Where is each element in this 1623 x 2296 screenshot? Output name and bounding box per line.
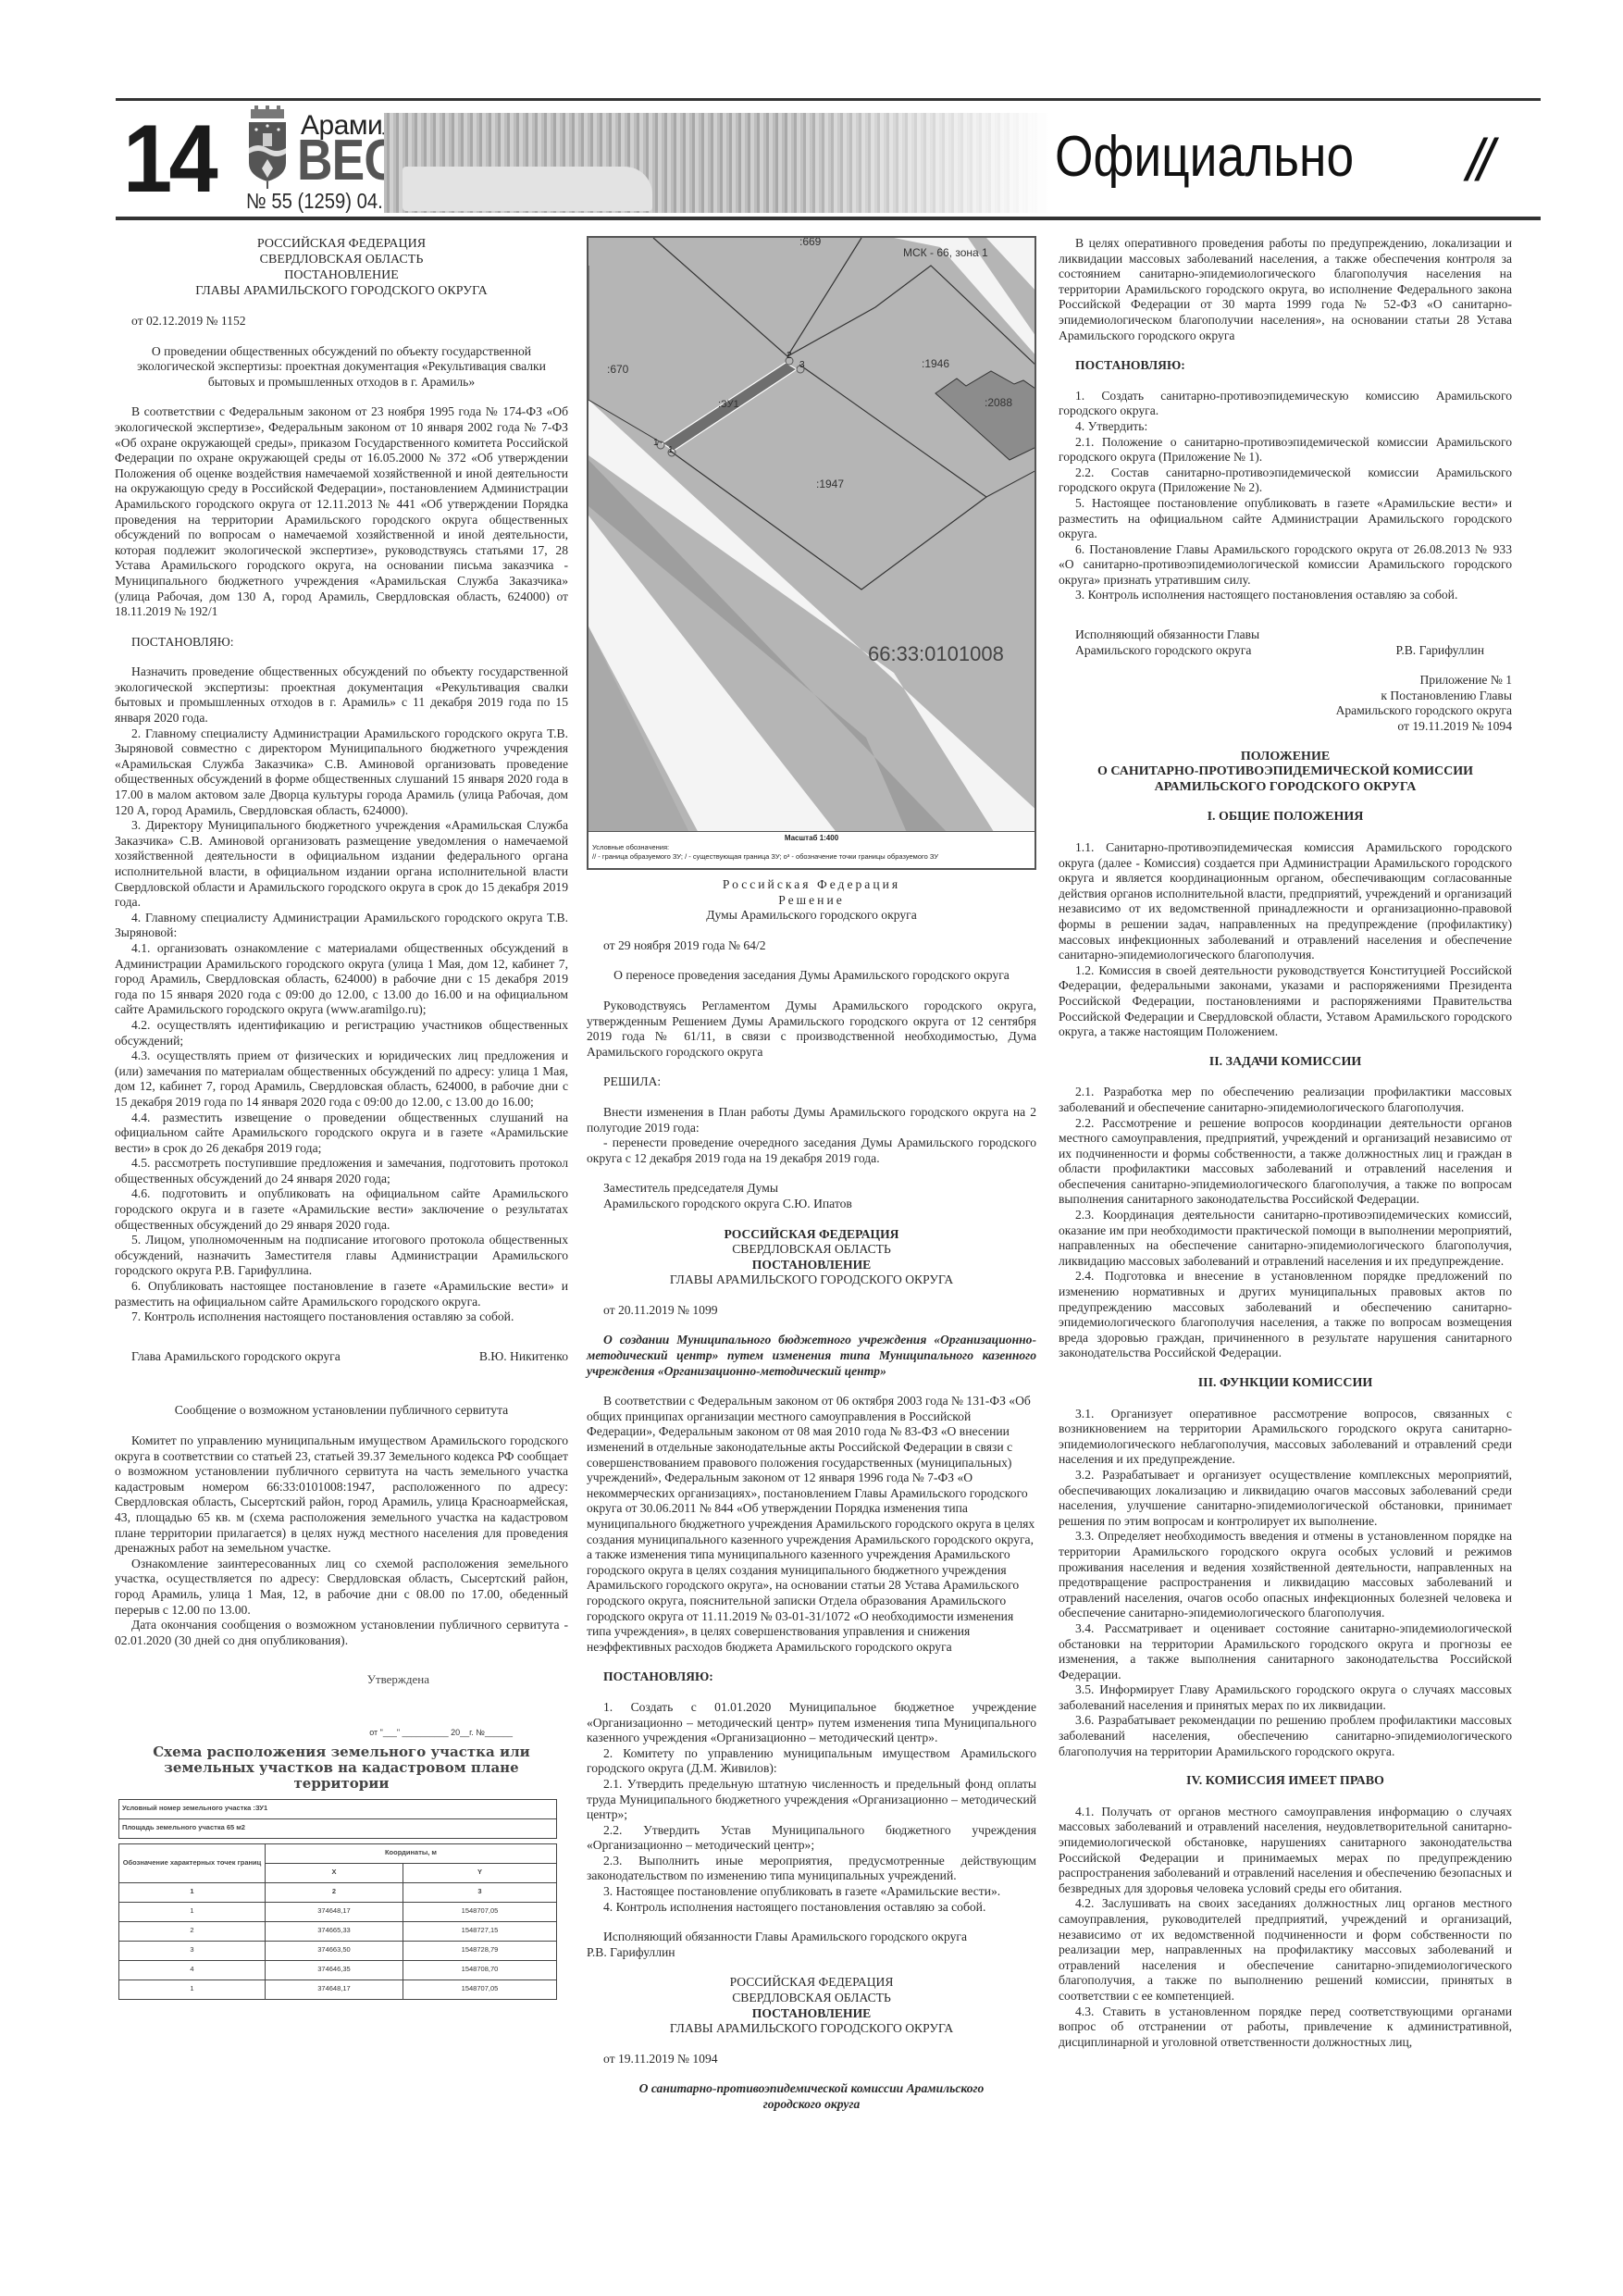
decree-title: О создании Муниципального бюджетного учр… (587, 1333, 1036, 1379)
decree-1099: РОССИЙСКАЯ ФЕДЕРАЦИЯ СВЕРДЛОВСКАЯ ОБЛАСТ… (587, 1227, 1036, 1961)
col-number: 1 (119, 1882, 266, 1902)
scheme-meta-table: Условный номер земельного участка :ЗУ1 П… (118, 1799, 557, 1839)
notice-paragraph: Комитет по управлению муниципальным имущ… (115, 1433, 568, 1557)
appendix-reference: Приложение № 1 к Постановлению Главы Ара… (1059, 673, 1512, 734)
decree-header-line: СВЕРДЛОВСКАЯ ОБЛАСТЬ (587, 1242, 1036, 1258)
decree-item: 3. Контроль исполнения настоящего постан… (1059, 588, 1512, 603)
col-header-points: Обозначение характерных точек границ (119, 1843, 266, 1882)
section-heading: I. ОБЩИЕ ПОЛОЖЕНИЯ (1059, 810, 1512, 825)
section-item: 1.1. Санитарно-противоэпидемическая коми… (1059, 840, 1512, 963)
table-row: 1 2 3 (119, 1882, 557, 1902)
decision-header-line: Российская Федерация (587, 877, 1036, 893)
map-point-label: 3 (799, 358, 805, 374)
cadastral-map-drawing (588, 238, 1036, 835)
section-item: 4.1. Получать от органов местного самоуп… (1059, 1805, 1512, 1897)
decree-header-line: РОССИЙСКАЯ ФЕДЕРАЦИЯ (587, 1227, 1036, 1243)
notice-paragraph: Дата окончания сообщения о возможном уст… (115, 1618, 568, 1648)
section-item: 2.3. Координация деятельности санитарно-… (1059, 1208, 1512, 1269)
section-item: 4.3. Ставить в установленном порядке пер… (1059, 2004, 1512, 2051)
photo-river-shape (403, 167, 652, 211)
decision-item: Внести изменения в План работы Думы Арам… (587, 1105, 1036, 1136)
decision-title: О переносе проведения заседания Думы Ара… (587, 968, 1036, 984)
y-cell: 1548707,05 (403, 1980, 556, 1999)
decision-signature: Арамильского городского округа С.Ю. Ипат… (587, 1197, 1036, 1212)
decree-item: 2.1. Положение о санитарно-противоэпидем… (1059, 435, 1512, 465)
notice-title: Сообщение о возможном установлении публи… (115, 1403, 568, 1419)
decree-1152: РОССИЙСКАЯ ФЕДЕРАЦИЯ СВЕРДЛОВСКАЯ ОБЛАСТ… (115, 236, 568, 1364)
decree-item: 4.2. осуществлять идентификацию и регист… (115, 1018, 568, 1049)
y-cell: 1548708,70 (403, 1960, 556, 1980)
point-cell: 1 (119, 1980, 266, 1999)
section-slash-mark: // (1467, 128, 1489, 192)
decree-date-number: от 19.11.2019 № 1094 (587, 2052, 1036, 2067)
decree-item: 3. Директору Муниципального бюджетного у… (115, 818, 568, 911)
map-point-label: 1 (668, 443, 674, 459)
decree-header-line: ГЛАВЫ АРАМИЛЬСКОГО ГОРОДСКОГО ОКРУГА (587, 2021, 1036, 2037)
masthead-top-rule (116, 98, 1541, 101)
map-label-1947: :1947 (816, 477, 844, 492)
decision-item: - перенести проведение очередного заседа… (587, 1136, 1036, 1166)
decree-item: 2.3. Выполнить иные мероприятия, предусм… (587, 1854, 1036, 1884)
section-item: 3.6. Разрабатывает рекомендации по решен… (1059, 1713, 1512, 1759)
appendix-line: от 19.11.2019 № 1094 (1059, 719, 1512, 735)
decree-date-number: от 20.11.2019 № 1099 (587, 1303, 1036, 1319)
decree-signature: Арамильского городского округа Р.В. Гари… (1059, 643, 1512, 659)
plot-area-cell: Площадь земельного участка 65 м2 (119, 1818, 557, 1838)
decree-header-line: ГЛАВЫ АРАМИЛЬСКОГО ГОРОДСКОГО ОКРУГА (587, 1272, 1036, 1288)
decree-item: 4.1. организовать ознакомление с материа… (115, 941, 568, 1018)
cadastral-map: :669 МСК - 66, зона 1 :670 :1946 :2088 :… (587, 236, 1036, 870)
section-item: 3.1. Организует оперативное рассмотрение… (1059, 1407, 1512, 1468)
header-line: ПОСТАНОВЛЕНИЕ (115, 267, 568, 283)
x-cell: 374663,50 (266, 1941, 403, 1960)
decision-header-line: Думы Арамильского городского округа (587, 908, 1036, 924)
section-item: 3.4. Рассматривает и оценивает состояние… (1059, 1621, 1512, 1682)
decree-signature: Глава Арамильского городского округа В.Ю… (115, 1349, 568, 1365)
point-cell: 4 (119, 1960, 266, 1980)
table-row: 3374663,501548728,79 (119, 1941, 557, 1960)
decree-item: 4. Главному специалисту Администрации Ар… (115, 911, 568, 941)
legend-text: // - граница образуемого ЗУ; / - существ… (592, 852, 1031, 862)
duma-decision-64-2: Российская Федерация Решение Думы Арамил… (587, 877, 1036, 1212)
decree-signature-role: Исполняющий обязанности Главы Арамильско… (587, 1930, 1036, 1945)
decree-item: 2.2. Утвердить Устав Муниципального бюдж… (587, 1823, 1036, 1854)
decree-preamble: В целях оперативного проведения работы п… (1059, 236, 1512, 343)
table-row: 2374665,331548727,15 (119, 1921, 557, 1941)
signature-name: В.Ю. Никитенко (479, 1349, 568, 1365)
table-row: 4374646,351548708,70 (119, 1960, 557, 1980)
signature-role: Арамильского городского округа (1075, 643, 1251, 659)
decree-item: 2. Комитету по управлению муниципальным … (587, 1746, 1036, 1777)
point-cell: 3 (119, 1941, 266, 1960)
scheme-title: Схема расположения земельного участка ил… (115, 1744, 568, 1792)
servitude-notice: Сообщение о возможном установлении публи… (115, 1403, 568, 1648)
map-zone-label: МСК - 66, зона 1 (903, 245, 988, 261)
x-cell: 374665,33 (266, 1921, 403, 1941)
col-number: 3 (403, 1882, 556, 1902)
section-heading: III. ФУНКЦИИ КОМИССИИ (1059, 1376, 1512, 1392)
decree-resolve: ПОСТАНОВЛЯЮ: (1059, 358, 1512, 374)
decision-preamble: Руководствуясь Регламентом Думы Арамильс… (587, 999, 1036, 1060)
header-line: ГЛАВЫ АРАМИЛЬСКОГО ГОРОДСКОГО ОКРУГА (115, 283, 568, 299)
decree-item: 5. Лицом, уполномоченным на подписание и… (115, 1233, 568, 1279)
decree-item: 6. Постановление Главы Арамильского горо… (1059, 542, 1512, 589)
map-label-2088: :2088 (985, 395, 1012, 411)
section-item: 3.5. Информирует Главу Арамильского горо… (1059, 1682, 1512, 1713)
table-row: 1374648,171548707,05 (119, 1980, 557, 1999)
decree-resolve: ПОСТАНОВЛЯЮ: (115, 635, 568, 651)
header-line: РОССИЙСКАЯ ФЕДЕРАЦИЯ (115, 236, 568, 252)
map-label-669: :669 (799, 236, 821, 250)
decision-date-number: от 29 ноября 2019 года № 64/2 (587, 938, 1036, 954)
point-cell: 1 (119, 1902, 266, 1921)
decree-title: О санитарно-противоэпидемической комисси… (587, 2081, 1036, 2112)
decree-header: РОССИЙСКАЯ ФЕДЕРАЦИЯ СВЕРДЛОВСКАЯ ОБЛАСТ… (115, 236, 568, 299)
decree-item: 3. Настоящее постановление опубликовать … (587, 1884, 1036, 1900)
legend-title: Условные обозначения: (592, 843, 1031, 852)
decree-item: Назначить проведение общественных обсужд… (115, 664, 568, 726)
section-title: Официально (1055, 120, 1354, 194)
plot-number-cell: Условный номер земельного участка :ЗУ1 (119, 1799, 557, 1818)
decree-item: 7. Контроль исполнения настоящего постан… (115, 1309, 568, 1325)
regulation-title: ПОЛОЖЕНИЕ О САНИТАРНО-ПРОТИВОЭПИДЕМИЧЕСК… (1059, 750, 1512, 796)
column-2: :669 МСК - 66, зона 1 :670 :1946 :2088 :… (587, 236, 1036, 2113)
map-legend: Масштаб 1:400 Условные обозначения: // -… (588, 831, 1035, 868)
header-line: СВЕРДЛОВСКАЯ ОБЛАСТЬ (115, 252, 568, 267)
decree-item: 4.3. осуществлять прием от физических и … (115, 1049, 568, 1110)
land-plot-scheme: Утверждена от "___" __________ 20__г. №_… (115, 1672, 568, 1999)
x-cell: 374648,17 (266, 1902, 403, 1921)
appendix-line: Арамильского городского округа (1059, 703, 1512, 719)
regulation-title-line: АРАМИЛЬСКОГО ГОРОДСКОГО ОКРУГА (1059, 780, 1512, 796)
page-number: 14 (123, 113, 215, 205)
col-header-coords: Координаты, м (266, 1843, 557, 1863)
decree-item: 4.5. рассмотреть поступившие предложения… (115, 1156, 568, 1186)
signature-role: Глава Арамильского городского округа (131, 1349, 341, 1365)
section-item: 2.1. Разработка мер по обеспечению реали… (1059, 1085, 1512, 1115)
map-block-number: 66:33:0101008 (868, 647, 1004, 663)
decree-item: 1. Создать санитарно-противоэпидемическу… (1059, 389, 1512, 419)
decree-item: 4. Контроль исполнения настоящего постан… (587, 1900, 1036, 1916)
masthead-aerial-photo (384, 113, 1050, 213)
decree-item: 4.6. подготовить и опубликовать на офици… (115, 1186, 568, 1233)
notice-paragraph: Ознакомление заинтересованных лиц со схе… (115, 1557, 568, 1618)
col-header-y: Y (403, 1863, 556, 1882)
x-cell: 374646,35 (266, 1960, 403, 1980)
coat-of-arms-icon (245, 105, 290, 189)
decree-header-line: РОССИЙСКАЯ ФЕДЕРАЦИЯ (587, 1975, 1036, 1991)
coordinates-table: Обозначение характерных точек границ Коо… (118, 1843, 557, 2000)
section-item: 3.3. Определяет необходимость введения и… (1059, 1529, 1512, 1621)
scheme-approved-date: от "___" __________ 20__г. №______ (115, 1725, 568, 1741)
map-point-label: 2 (787, 349, 792, 365)
decree-preamble: В соответствии с Федеральным законом от … (115, 404, 568, 619)
point-cell: 2 (119, 1921, 266, 1941)
y-cell: 1548707,05 (403, 1902, 556, 1921)
y-cell: 1548727,15 (403, 1921, 556, 1941)
col-header-x: X (266, 1863, 403, 1882)
appendix-line: Приложение № 1 (1059, 673, 1512, 689)
decree-item: 2.2. Состав санитарно-противоэпидемическ… (1059, 465, 1512, 496)
decree-resolve: ПОСТАНОВЛЯЮ: (587, 1669, 1036, 1685)
section-item: 2.4. Подготовка и внесение в установленн… (1059, 1269, 1512, 1361)
map-point-label: 1 (653, 436, 659, 452)
column-1: РОССИЙСКАЯ ФЕДЕРАЦИЯ СВЕРДЛОВСКАЯ ОБЛАСТ… (115, 236, 568, 2000)
decision-resolve: РЕШИЛА: (587, 1074, 1036, 1090)
section-heading: II. ЗАДАЧИ КОМИССИИ (1059, 1055, 1512, 1071)
decree-item: 1. Создать с 01.01.2020 Муниципальное бю… (587, 1700, 1036, 1746)
map-scale: Масштаб 1:400 (592, 834, 1031, 843)
masthead: 14 Арамильские ВЕСТИ № 55 (1259) 04.12.2… (116, 93, 1541, 222)
scheme-approved-label: Утверждена (115, 1672, 568, 1688)
appendix-line: к Постановлению Главы (1059, 689, 1512, 704)
decree-item: 4. Утвердить: (1059, 419, 1512, 435)
decree-item: 5. Настоящее постановление опубликовать … (1059, 496, 1512, 542)
col-number: 2 (266, 1882, 403, 1902)
column-3: В целях оперативного проведения работы п… (1059, 236, 1512, 2050)
decree-title: О проведении общественных обсуждений по … (115, 344, 568, 391)
decree-signature-name: Р.В. Гарифуллин (587, 1945, 1036, 1961)
signature-role: Исполняющий обязанности Главы (1059, 627, 1512, 643)
masthead-bottom-rule (116, 217, 1541, 220)
decree-item: 6. Опубликовать настоящее постановление … (115, 1279, 568, 1309)
decree-header-line: ПОСТАНОВЛЕНИЕ (587, 1258, 1036, 1273)
map-label-670: :670 (607, 362, 628, 378)
decree-preamble: В соответствии с Федеральным законом от … (587, 1394, 1036, 1655)
decree-item: 4.4. разместить извещение о проведении о… (115, 1111, 568, 1157)
x-cell: 374648,17 (266, 1980, 403, 1999)
section-item: 1.2. Комиссия в своей деятельности руков… (1059, 963, 1512, 1040)
decree-1094-body: В целях оперативного проведения работы п… (1059, 236, 1512, 2050)
map-label-zu1: :ЗУ1 (718, 397, 739, 413)
decree-date-number: от 02.12.2019 № 1152 (115, 314, 568, 329)
y-cell: 1548728,79 (403, 1941, 556, 1960)
table-row: 1374648,171548707,05 (119, 1902, 557, 1921)
decree-header-line: ПОСТАНОВЛЕНИЕ (587, 2006, 1036, 2022)
decree-item: 2. Главному специалисту Администрации Ар… (115, 726, 568, 819)
map-label-1946: :1946 (922, 356, 949, 372)
decree-item: 2.1. Утвердить предельную штатную числен… (587, 1777, 1036, 1823)
decree-header-line: СВЕРДЛОВСКАЯ ОБЛАСТЬ (587, 1991, 1036, 2006)
decision-header-line: Решение (587, 893, 1036, 909)
section-item: 2.2. Рассмотрение и решение вопросов коо… (1059, 1116, 1512, 1209)
decree-1094-header: РОССИЙСКАЯ ФЕДЕРАЦИЯ СВЕРДЛОВСКАЯ ОБЛАСТ… (587, 1975, 1036, 2112)
section-heading: IV. КОМИССИЯ ИМЕЕТ ПРАВО (1059, 1774, 1512, 1790)
section-item: 3.2. Разрабатывает и организует осуществ… (1059, 1468, 1512, 1529)
section-item: 4.2. Заслушивать на своих заседаниях дол… (1059, 1896, 1512, 2004)
decision-signature: Заместитель председателя Думы (587, 1181, 1036, 1197)
signature-name: Р.В. Гарифуллин (1395, 643, 1484, 659)
regulation-title-line: ПОЛОЖЕНИЕ (1059, 750, 1512, 765)
regulation-title-line: О САНИТАРНО-ПРОТИВОЭПИДЕМИЧЕСКОЙ КОМИССИ… (1059, 764, 1512, 780)
